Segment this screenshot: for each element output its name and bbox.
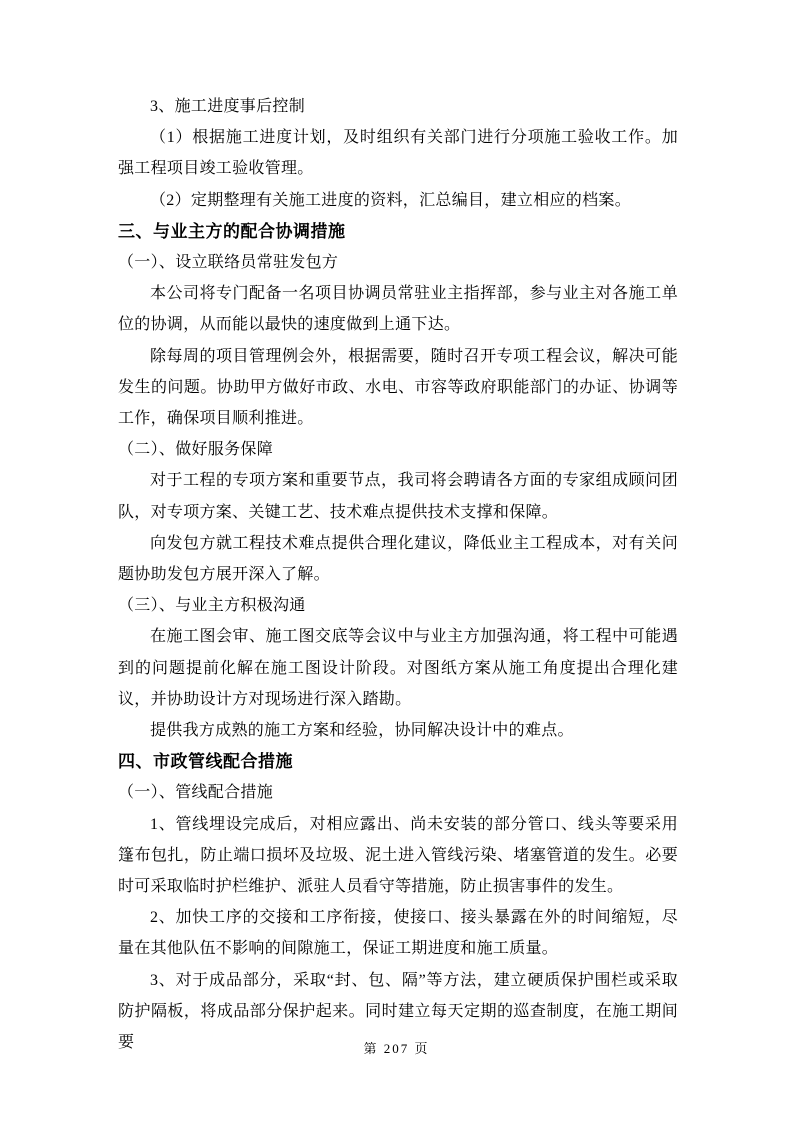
paragraph: 向发包方就工程技术难点提供合理化建议，降低业主工程成本，对有关问题协助发包方展开… (118, 528, 678, 590)
paragraph: 除每周的项目管理例会外，根据需要，随时召开专项工程会议，解决可能发生的问题。协助… (118, 341, 678, 435)
section-heading: 四、市政管线配合措施 (118, 746, 678, 777)
section-heading: 三、与业主方的配合协调措施 (118, 216, 678, 247)
paragraph: 1、管线埋设完成后，对相应露出、尚未安装的部分管口、线头等要采用篷布包扎，防止端… (118, 809, 678, 903)
content-area: 3、施工进度事后控制（1）根据施工进度计划，及时组织有关部门进行分项施工验收工作… (118, 91, 678, 1058)
sub-heading: （一）、管线配合措施 (118, 777, 678, 808)
paragraph: （1）根据施工进度计划，及时组织有关部门进行分项施工验收工作。加强工程项目竣工验… (118, 122, 678, 184)
paragraph: 对于工程的专项方案和重要节点，我司将会聘请各方面的专家组成顾问团队，对专项方案、… (118, 465, 678, 527)
sub-heading: （三）、与业主方积极沟通 (118, 590, 678, 621)
paragraph: 本公司将专门配备一名项目协调员常驻业主指挥部，参与业主对各施工单位的协调，从而能… (118, 278, 678, 340)
footer-page-number: 第 207 页 (0, 1038, 793, 1057)
paragraph: 3、施工进度事后控制 (118, 91, 678, 122)
paragraph: 2、加快工序的交接和工序衔接，使接口、接头暴露在外的时间缩短，尽量在其他队伍不影… (118, 902, 678, 964)
paragraph: 在施工图会审、施工图交底等会议中与业主方加强沟通，将工程中可能遇到的问题提前化解… (118, 621, 678, 715)
sub-heading: （一）、设立联络员常驻发包方 (118, 247, 678, 278)
paragraph: （2）定期整理有关施工进度的资料，汇总编目，建立相应的档案。 (118, 185, 678, 216)
sub-heading: （二）、做好服务保障 (118, 434, 678, 465)
paragraph: 提供我方成熟的施工方案和经验，协同解决设计中的难点。 (118, 715, 678, 746)
document-page: 3、施工进度事后控制（1）根据施工进度计划，及时组织有关部门进行分项施工验收工作… (0, 0, 793, 1122)
